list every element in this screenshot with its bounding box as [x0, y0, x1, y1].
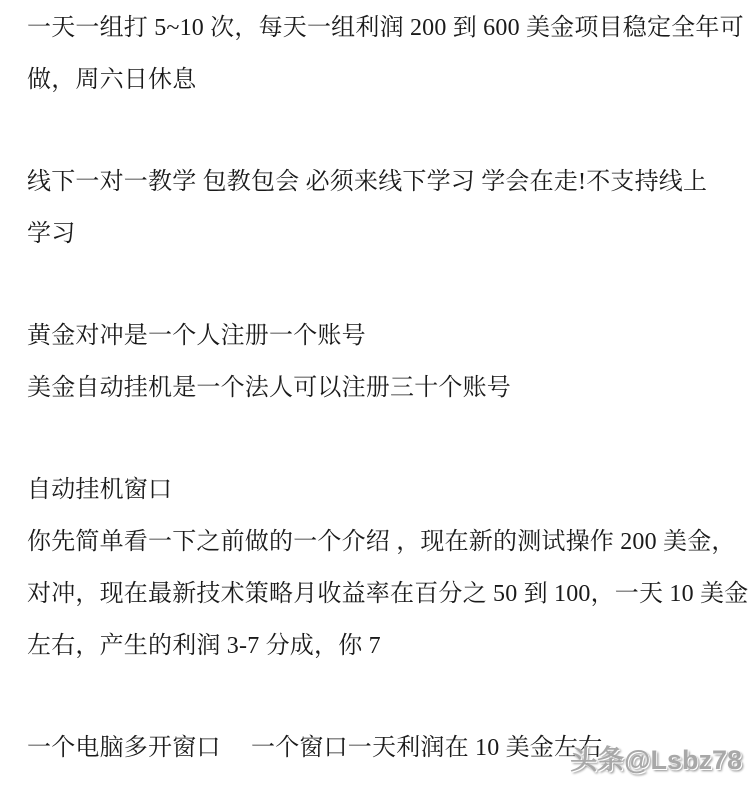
text-line: 线下一对一教学 包教包会 必须来线下学习 学会在走!不支持线上 — [27, 156, 730, 208]
document-body: 一天一组打 5~10 次，每天一组利润 200 到 600 美金项目稳定全年可 … — [27, 2, 730, 774]
text-line: 你先简单看一下之前做的一个介绍 ，现在新的测试操作 200 美金， — [27, 516, 730, 568]
text-line: 学习 — [27, 208, 730, 260]
text-line: 美金自动挂机是一个法人可以注册三十个账号 — [27, 362, 730, 414]
text-line: 自动挂机窗口 — [27, 464, 730, 516]
paragraph-daily-profit: 一天一组打 5~10 次，每天一组利润 200 到 600 美金项目稳定全年可 … — [27, 2, 730, 106]
paragraph-account-registration: 黄金对冲是一个人注册一个账号 美金自动挂机是一个法人可以注册三十个账号 — [27, 310, 730, 414]
text-line: 做，周六日休息 — [27, 54, 730, 106]
document-page: 一天一组打 5~10 次，每天一组利润 200 到 600 美金项目稳定全年可 … — [0, 0, 750, 786]
toutiao-watermark: 头条@Lsbz78 — [570, 738, 742, 777]
text-line: 一天一组打 5~10 次，每天一组利润 200 到 600 美金项目稳定全年可 — [27, 2, 730, 54]
text-line: 对冲，现在最新技术策略月收益率在百分之 50 到 100，一天 10 美金 — [27, 568, 730, 620]
text-line: 黄金对冲是一个人注册一个账号 — [27, 310, 730, 362]
paragraph-offline-teaching: 线下一对一教学 包教包会 必须来线下学习 学会在走!不支持线上 学习 — [27, 156, 730, 260]
text-line: 左右，产生的利润 3-7 分成，你 7 — [27, 620, 730, 672]
paragraph-auto-hangup-window: 自动挂机窗口 你先简单看一下之前做的一个介绍 ，现在新的测试操作 200 美金，… — [27, 464, 730, 672]
